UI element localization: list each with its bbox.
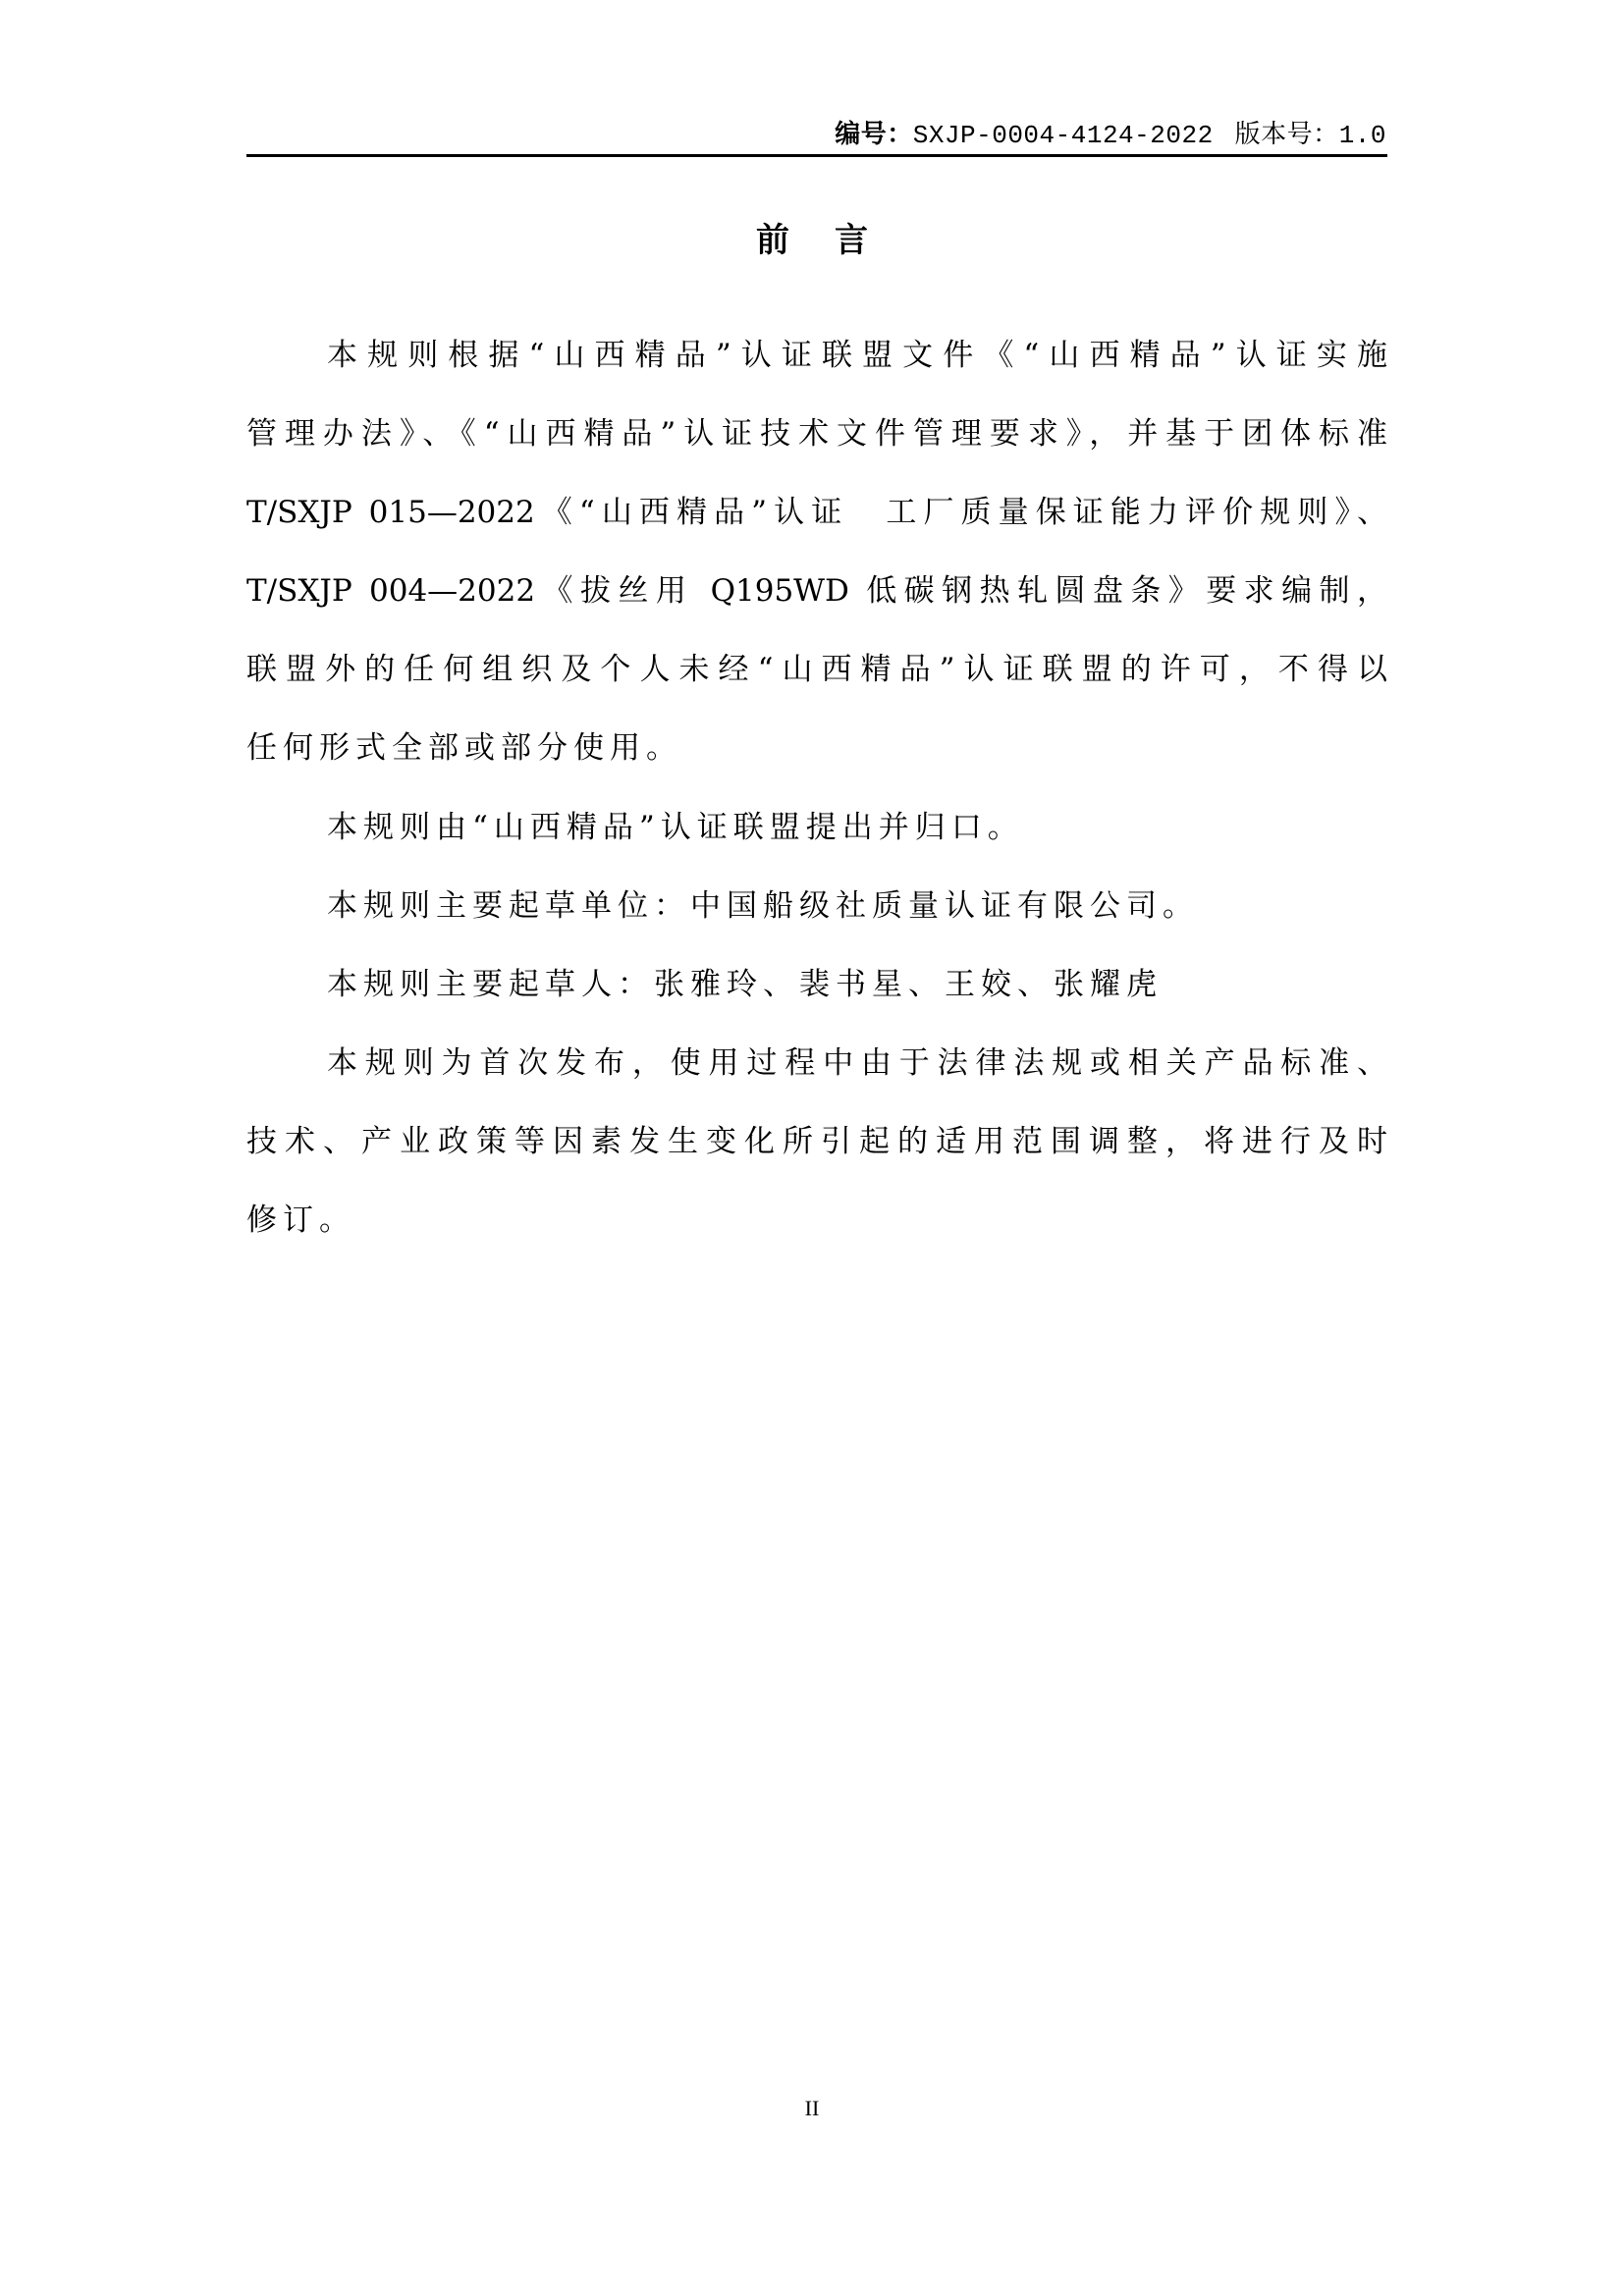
paragraph-1-line-2: 管理办法》、《“山西精品”认证技术文件管理要求》，并基于团体标准 (246, 414, 1387, 454)
paragraph-5-line-3: 修订。 (246, 1201, 1387, 1240)
paragraph-5-line-2: 技术、产业政策等因素发生变化所引起的适用范围调整，将进行及时 (246, 1122, 1387, 1161)
paragraph-3-line-1: 本规则主要起草单位：中国船级社质量认证有限公司。 (327, 886, 1387, 926)
header-divider (246, 154, 1387, 157)
paragraph-1-line-5: 联盟外的任何组织及个人未经“山西精品”认证联盟的许可，不得以 (246, 650, 1387, 689)
version-number: 1.0 (1339, 121, 1386, 150)
document-page: 编号：SXJP-0004-4124-2022版本号：1.0 前言 本规则根据“山… (0, 0, 1624, 2296)
page-title: 前言 (0, 221, 1624, 260)
paragraph-5-line-1: 本规则为首次发布，使用过程中由于法律法规或相关产品标准、 (327, 1043, 1387, 1083)
paragraph-1-line-4: T/SXJP 004—2022《拔丝用 Q195WD 低碳钢热轧圆盘条》要求编制… (246, 571, 1387, 611)
doc-number: SXJP-0004-4124-2022 (913, 121, 1214, 150)
paragraph-1-line-1: 本规则根据“山西精品”认证联盟文件《“山西精品”认证实施 (327, 336, 1387, 375)
document-header: 编号：SXJP-0004-4124-2022版本号：1.0 (835, 118, 1386, 152)
doc-number-label: 编号： (835, 120, 913, 149)
paragraph-1-line-3: T/SXJP 015—2022《“山西精品”认证 工厂质量保证能力评价规则》、 (246, 493, 1387, 532)
paragraph-1-line-6: 任何形式全部或部分使用。 (246, 728, 1387, 768)
version-label: 版本号： (1235, 120, 1339, 149)
page-number: II (0, 2094, 1624, 2123)
paragraph-2-line-1: 本规则由“山西精品”认证联盟提出并归口。 (327, 808, 1387, 847)
paragraph-4-line-1: 本规则主要起草人：张雅玲、裴书星、王姣、张耀虎 (327, 965, 1387, 1004)
